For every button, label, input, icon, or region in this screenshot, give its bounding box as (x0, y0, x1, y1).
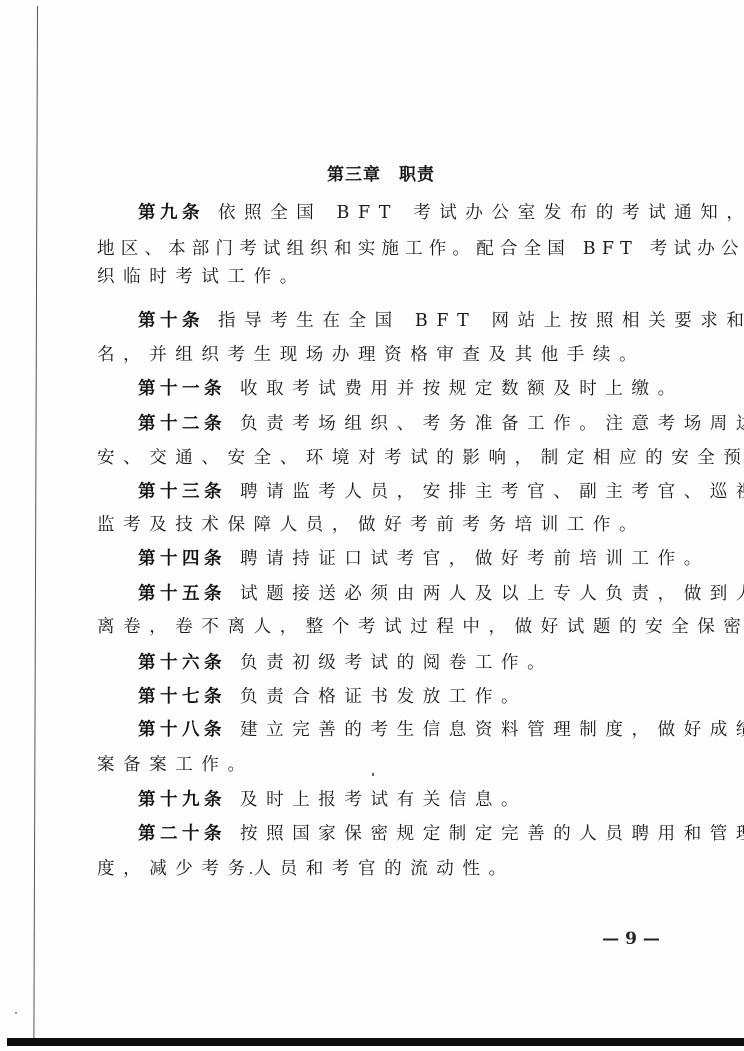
article-16-line-1: 第十六条负责初级考试的阅卷工作。 (138, 651, 553, 675)
article-number: 第十九条 (138, 790, 226, 810)
article-10-line-1: 第十条指导考生在全国 BFT 网站上按照相关要求和程序报 (138, 309, 744, 333)
article-number: 第二十条 (138, 824, 226, 844)
article-18-line-2: 案备案工作。 (97, 753, 254, 777)
scanned-page: 第三章 职责 第九条依照全国 BFT 考试办公室发布的考试通知，安排本 地区、本… (0, 0, 744, 1051)
article-15-line-2: 离卷，卷不离人，整个考试过程中，做好试题的安全保密工作。 (97, 615, 744, 639)
article-number: 第十三条 (138, 482, 226, 502)
article-text: 负责考场组织、考务准备工作。注意考场周边治 (240, 414, 744, 434)
scan-speck (15, 1012, 17, 1014)
article-number: 第十五条 (138, 584, 226, 604)
article-number: 第十一条 (138, 379, 226, 399)
chapter-title: 第三章 职责 (0, 160, 744, 185)
article-text: 负责初级考试的阅卷工作。 (240, 653, 553, 673)
article-number: 第十六条 (138, 653, 226, 673)
article-19-line-1: 第十九条及时上报考试有关信息。 (138, 788, 527, 812)
article-number: 第十七条 (138, 687, 226, 707)
page-number: — 9 — (596, 929, 666, 949)
article-text: 指导考生在全国 BFT 网站上按照相关要求和程序报 (218, 311, 744, 331)
article-10-line-2: 名，并组织考生现场办理资格审查及其他手续。 (97, 343, 645, 367)
article-12-line-2: 安、交通、安全、环境对考试的影响，制定相应的安全预案。 (97, 446, 744, 470)
scan-speck (372, 773, 374, 776)
article-20-line-2: 度，减少考务人员和考官的流动性。 (97, 857, 515, 881)
article-text: 试题接送必须由两人及以上专人负责，做到人不 (240, 584, 744, 604)
article-18-line-1: 第十八条建立完善的考生信息资料管理制度，做好成绩档 (138, 718, 744, 742)
article-number: 第十八条 (138, 720, 226, 740)
article-text: 及时上报考试有关信息。 (240, 790, 527, 810)
article-20-line-1: 第二十条按照国家保密规定制定完善的人员聘用和管理制 (138, 822, 744, 846)
article-number: 第十四条 (138, 549, 226, 569)
article-9-line-3: 织临时考试工作。 (97, 265, 306, 289)
article-text: 建立完善的考生信息资料管理制度，做好成绩档 (240, 720, 744, 740)
article-13-line-2: 监考及技术保障人员，做好考前考务培训工作。 (97, 513, 645, 537)
article-text: 负责合格证书发放工作。 (240, 687, 527, 707)
article-number: 第九条 (138, 203, 204, 223)
article-9-line-1: 第九条依照全国 BFT 考试办公室发布的考试通知，安排本 (138, 201, 744, 225)
article-number: 第十条 (138, 311, 204, 331)
article-11-line-1: 第十一条收取考试费用并按规定数额及时上缴。 (138, 377, 684, 401)
article-text: 收取考试费用并按规定数额及时上缴。 (240, 379, 684, 399)
article-17-line-1: 第十七条负责合格证书发放工作。 (138, 685, 527, 709)
article-number: 第十二条 (138, 414, 226, 434)
article-15-line-1: 第十五条试题接送必须由两人及以上专人负责，做到人不 (138, 582, 744, 606)
article-text: 按照国家保密规定制定完善的人员聘用和管理制 (240, 824, 744, 844)
article-text: 聘请持证口试考官，做好考前培训工作。 (240, 549, 710, 569)
scan-speck (250, 872, 252, 874)
article-9-line-2: 地区、本部门考试组织和实施工作。配合全国 BFT 考试办公室组 (97, 237, 744, 261)
article-14-line-1: 第十四条聘请持证口试考官，做好考前培训工作。 (138, 547, 710, 571)
article-13-line-1: 第十三条聘请监考人员，安排主考官、副主考官、巡视、 (138, 480, 744, 504)
scan-bottom-edge (7, 1038, 744, 1046)
article-text: 依照全国 BFT 考试办公室发布的考试通知，安排本 (218, 203, 744, 223)
article-text: 聘请监考人员，安排主考官、副主考官、巡视、 (240, 482, 744, 502)
article-12-line-1: 第十二条负责考场组织、考务准备工作。注意考场周边治 (138, 412, 744, 436)
